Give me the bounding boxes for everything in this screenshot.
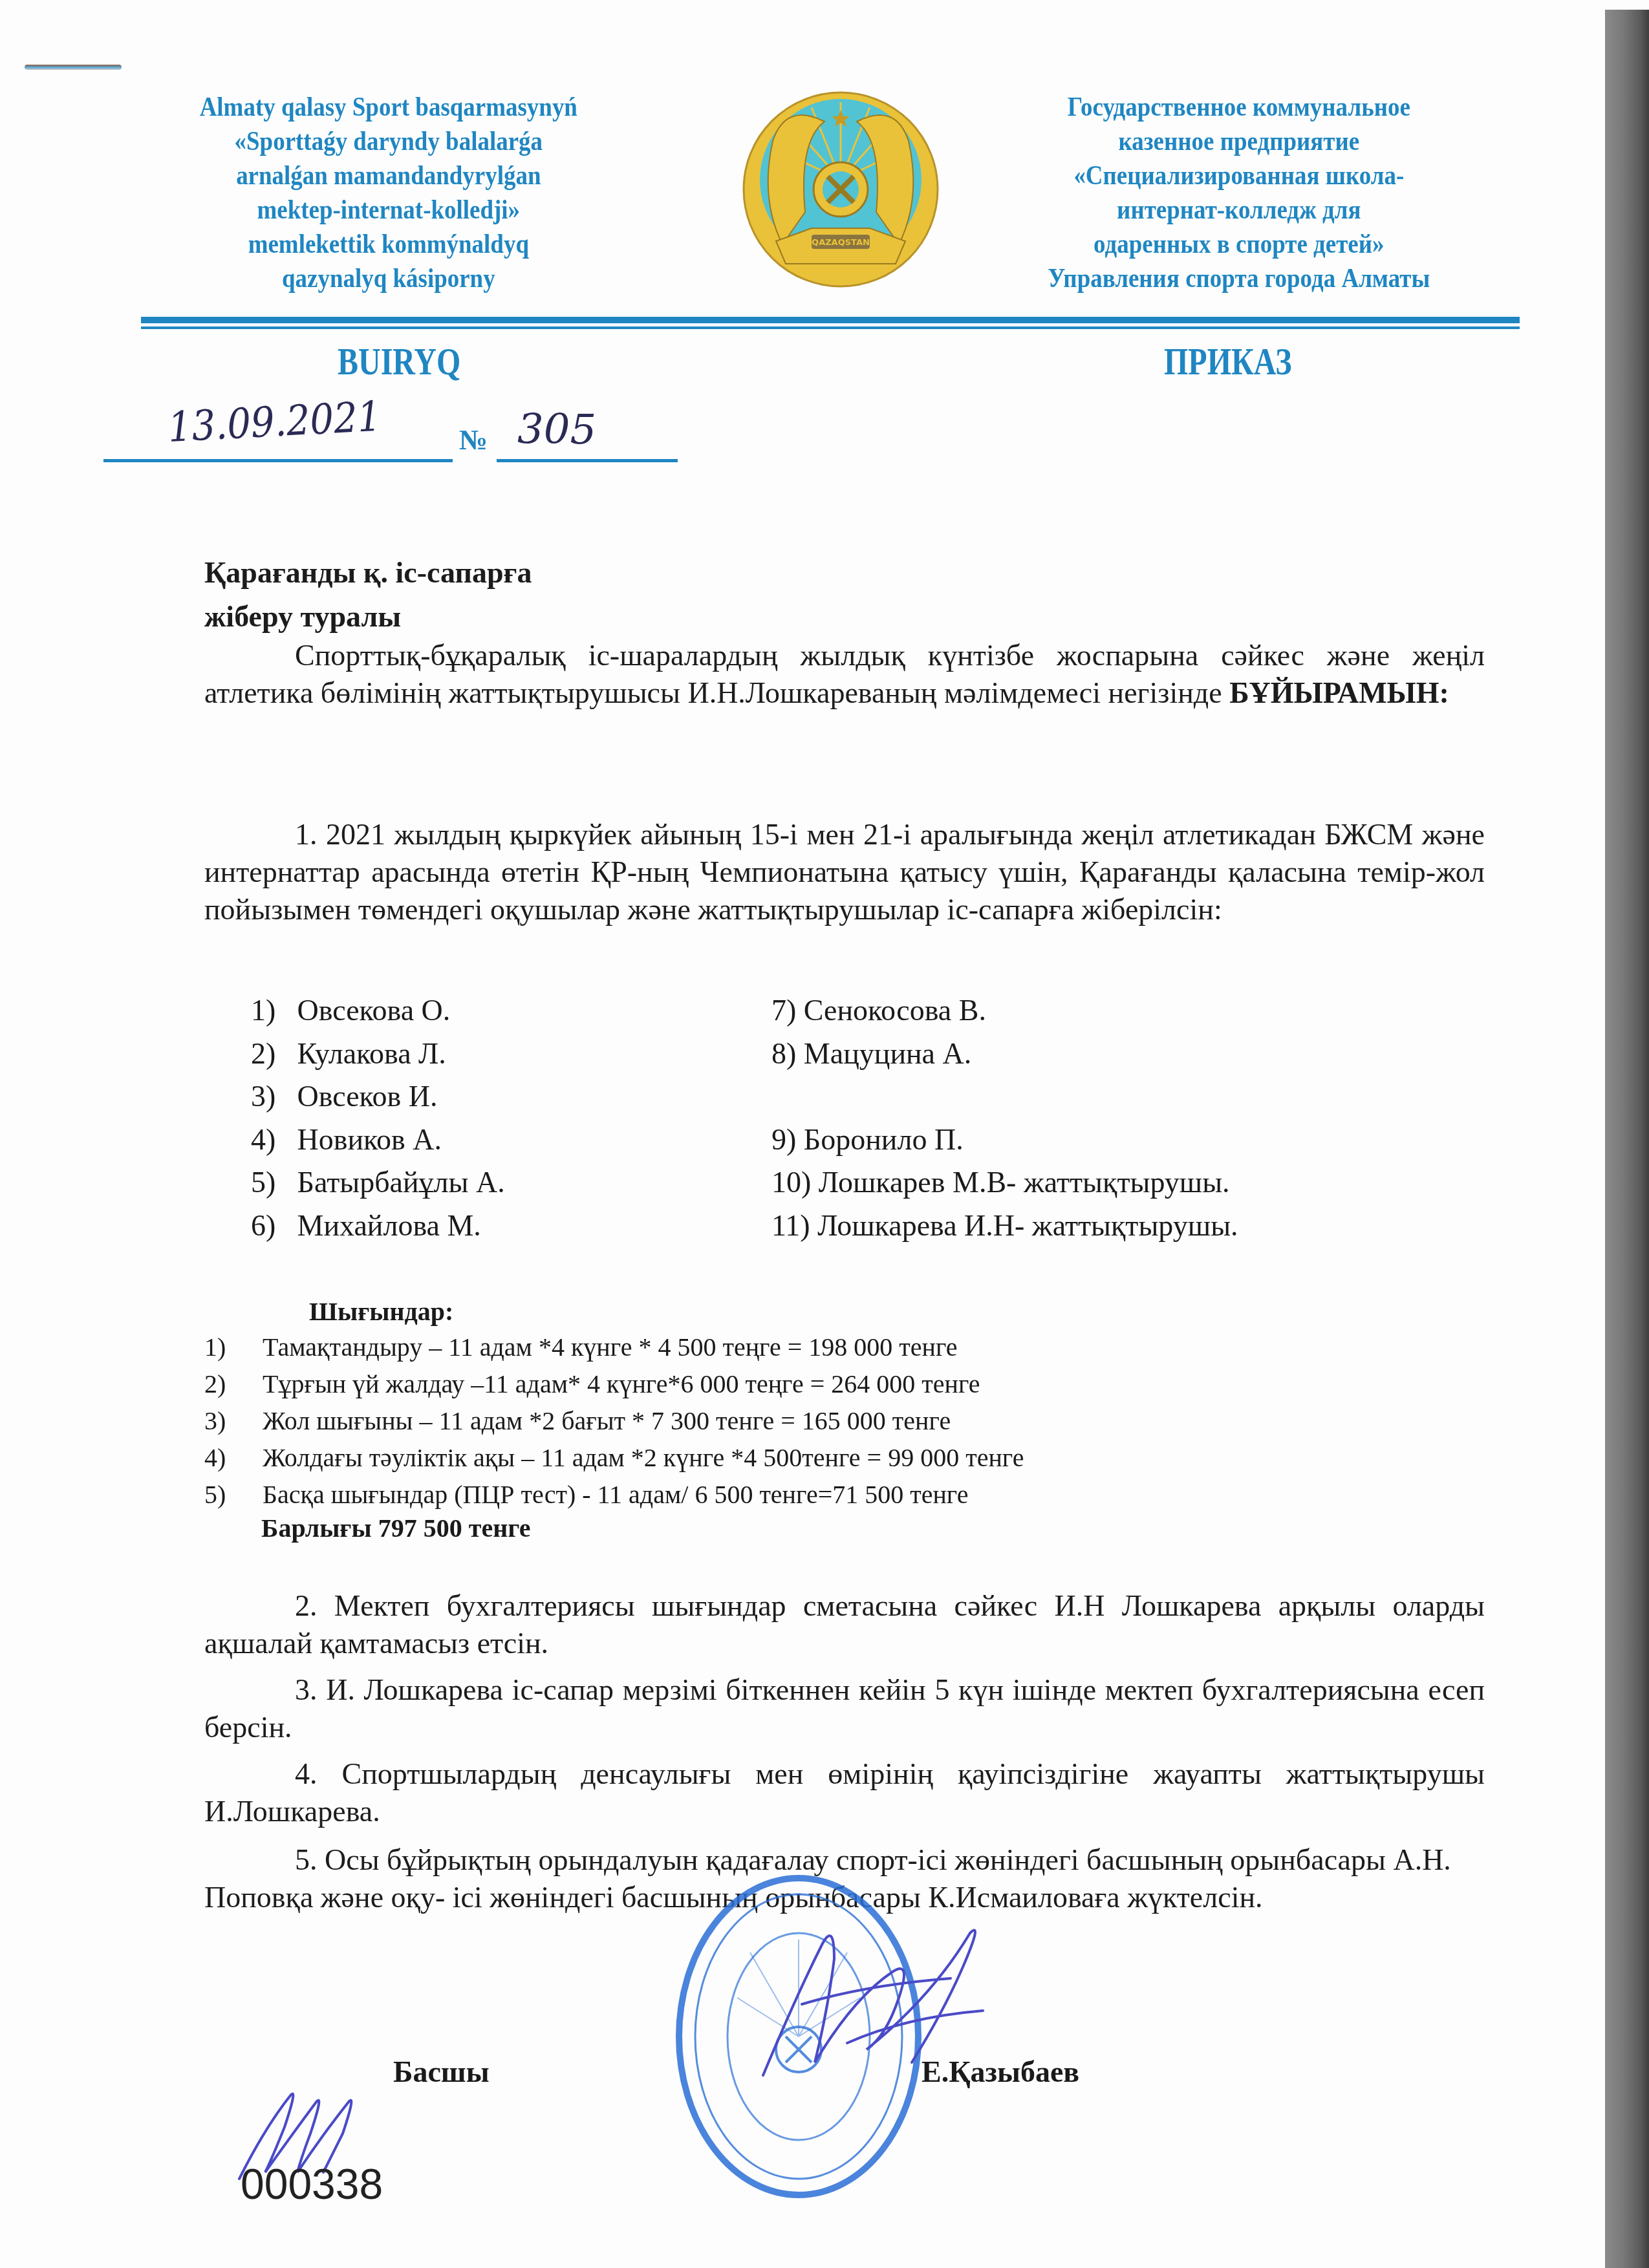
expenses-list: 1)Тамақтандыру – 11 адам *4 күнге * 4 50… xyxy=(204,1329,1024,1513)
intro-paragraph: Спорттық-бұқаралық іс-шаралардың жылдық … xyxy=(204,637,1485,712)
expense-text: Тамақтандыру – 11 адам *4 күнге * 4 500 … xyxy=(263,1332,958,1362)
number-underline xyxy=(497,459,678,462)
participant-name: Сенокосова В. xyxy=(804,994,986,1027)
document-title-ru: ПРИКАЗ xyxy=(1164,339,1292,384)
header-org-name-ru: Государственное коммунальное казенное пр… xyxy=(1006,91,1472,296)
header-ru-line: казенное предприятие xyxy=(1006,125,1472,159)
participant-name: Батырбайұлы А. xyxy=(297,1166,505,1199)
participant-name: Мацуцина А. xyxy=(804,1037,971,1070)
item-number: 2) xyxy=(204,1365,263,1402)
expense-text: Тұрғын үй жалдау –11 адам* 4 күнге*6 000… xyxy=(263,1369,980,1398)
expense-item: 2)Тұрғын үй жалдау –11 адам* 4 күнге*6 0… xyxy=(204,1365,1024,1402)
clause-1: 1. 2021 жылдың қыркүйек айының 15-і мен … xyxy=(204,816,1485,928)
item-number: 11) xyxy=(771,1209,810,1242)
item-number: 2) xyxy=(251,1032,290,1076)
order-number: 305 xyxy=(517,406,596,454)
participant-name: Михайлова М. xyxy=(297,1209,481,1242)
signatory-name: Е.Қазыбаев xyxy=(921,2055,1079,2089)
list-item: 10) Лошкарев М.В- жаттықтырушы. xyxy=(771,1161,1238,1204)
state-emblem-icon: QAZAQSTAN xyxy=(734,83,947,296)
list-item-empty xyxy=(771,1075,1238,1118)
participants-column-right: 7) Сенокосова В. 8) Мацуцина А. 9) Борон… xyxy=(771,989,1238,1247)
expense-text: Жолдағы тәуліктік ақы – 11 адам *2 күнге… xyxy=(263,1443,1024,1472)
item-number: 1) xyxy=(251,989,290,1032)
list-item: 9) Боронило П. xyxy=(771,1118,1238,1162)
subject-line: Қарағанды қ. іс-сапарға xyxy=(204,551,1485,595)
item-number: 10) xyxy=(771,1166,811,1199)
list-item: 2) Кулакова Л. xyxy=(251,1032,505,1076)
expenses-title: Шығындар: xyxy=(309,1296,453,1327)
scan-mark xyxy=(25,65,122,70)
list-item: 6) Михайлова М. xyxy=(251,1204,505,1248)
header-ru-line: «Специализированная школа- xyxy=(1006,159,1472,193)
item-number: 5) xyxy=(251,1161,290,1204)
expense-text: Басқа шығындар (ПЦР тест) - 11 адам/ 6 5… xyxy=(263,1480,968,1509)
item-number: 5) xyxy=(204,1476,263,1513)
serial-number: 000338 xyxy=(241,2159,383,2209)
item-number: 1) xyxy=(204,1329,263,1365)
list-item: 3) Овсеков И. xyxy=(251,1075,505,1118)
header-kz-line: «Sporttaǵy daryndy balalarǵa xyxy=(155,125,622,159)
participant-name: Кулакова Л. xyxy=(297,1037,446,1070)
header-kz-line: memlekettik kommýnaldyq xyxy=(155,228,622,262)
header-ru-line: одаренных в спорте детей» xyxy=(1006,228,1472,262)
expense-item: 3)Жол шығыны – 11 адам *2 бағыт * 7 300 … xyxy=(204,1402,1024,1439)
header-kz-line: arnalǵan mamandandyrylǵan xyxy=(155,159,622,193)
header-ru-line: Управления спорта города Алматы xyxy=(1006,262,1472,296)
item-number: 7) xyxy=(771,994,796,1027)
order-subject: Қарағанды қ. іс-сапарға жіберу туралы xyxy=(204,551,1485,639)
list-item: 11) Лошкарева И.Н- жаттықтырушы. xyxy=(771,1204,1238,1248)
subject-line: жіберу туралы xyxy=(204,595,1485,639)
header-ru-line: интернат-колледж для xyxy=(1006,193,1472,228)
item-number: 4) xyxy=(251,1118,290,1162)
header-kz-line: mektep-internat-kolledji» xyxy=(155,193,622,228)
participant-name: Новиков А. xyxy=(297,1123,442,1156)
item-number: 3) xyxy=(204,1402,263,1439)
emblem-text: QAZAQSTAN xyxy=(812,238,870,248)
expense-text: Жол шығыны – 11 адам *2 бағыт * 7 300 те… xyxy=(263,1406,951,1435)
scan-edge-shadow xyxy=(1605,10,1649,2268)
header-divider-thin xyxy=(141,326,1520,329)
expenses-total: Барлығы 797 500 тенге xyxy=(261,1513,531,1543)
header-org-name-kz: Almaty qalasy Sport basqarmasynyń «Sport… xyxy=(155,91,622,296)
header-divider-thick xyxy=(141,317,1520,323)
clause-2: 2. Мектеп бухгалтериясы шығындар сметасы… xyxy=(204,1587,1485,1662)
list-item: 4) Новиков А. xyxy=(251,1118,505,1162)
participant-name: Овсекова О. xyxy=(297,994,451,1027)
list-item: 7) Сенокосова В. xyxy=(771,989,1238,1032)
expense-item: 5)Басқа шығындар (ПЦР тест) - 11 адам/ 6… xyxy=(204,1476,1024,1513)
clause-3: 3. И. Лошкарева іс-сапар мерзімі біткенн… xyxy=(204,1671,1485,1746)
decree-word: БҰЙЫРАМЫН: xyxy=(1229,676,1449,709)
item-number: 4) xyxy=(204,1439,263,1476)
header-kz-line: qazynalyq kásiporny xyxy=(155,262,622,296)
participant-name: Лошкарева И.Н- жаттықтырушы. xyxy=(817,1209,1238,1242)
item-number: 9) xyxy=(771,1123,796,1156)
participant-name: Боронило П. xyxy=(804,1123,964,1156)
expense-item: 4)Жолдағы тәуліктік ақы – 11 адам *2 күн… xyxy=(204,1439,1024,1476)
list-item: 5) Батырбайұлы А. xyxy=(251,1161,505,1204)
participant-name: Лошкарев М.В- жаттықтырушы. xyxy=(819,1166,1230,1199)
header-ru-line: Государственное коммунальное xyxy=(1006,91,1472,125)
number-sign: № xyxy=(459,423,488,456)
item-number: 8) xyxy=(771,1037,796,1070)
list-item: 1) Овсекова О. xyxy=(251,989,505,1032)
participants-column-left: 1) Овсекова О. 2) Кулакова Л. 3) Овсеков… xyxy=(251,989,505,1247)
clause-4: 4. Спортшылардың денсаулығы мен өмірінің… xyxy=(204,1755,1485,1830)
participant-name: Овсеков И. xyxy=(297,1080,438,1113)
date-underline xyxy=(103,459,453,462)
header-kz-line: Almaty qalasy Sport basqarmasynyń xyxy=(155,91,622,125)
order-date: 13.09.2021 xyxy=(167,393,382,452)
item-number: 6) xyxy=(251,1204,290,1248)
expense-item: 1)Тамақтандыру – 11 адам *4 күнге * 4 50… xyxy=(204,1329,1024,1365)
list-item: 8) Мацуцина А. xyxy=(771,1032,1238,1076)
document-title-kz: BUIRYQ xyxy=(338,339,460,384)
item-number: 3) xyxy=(251,1075,290,1118)
signatory-title: Басшы xyxy=(393,2055,490,2089)
